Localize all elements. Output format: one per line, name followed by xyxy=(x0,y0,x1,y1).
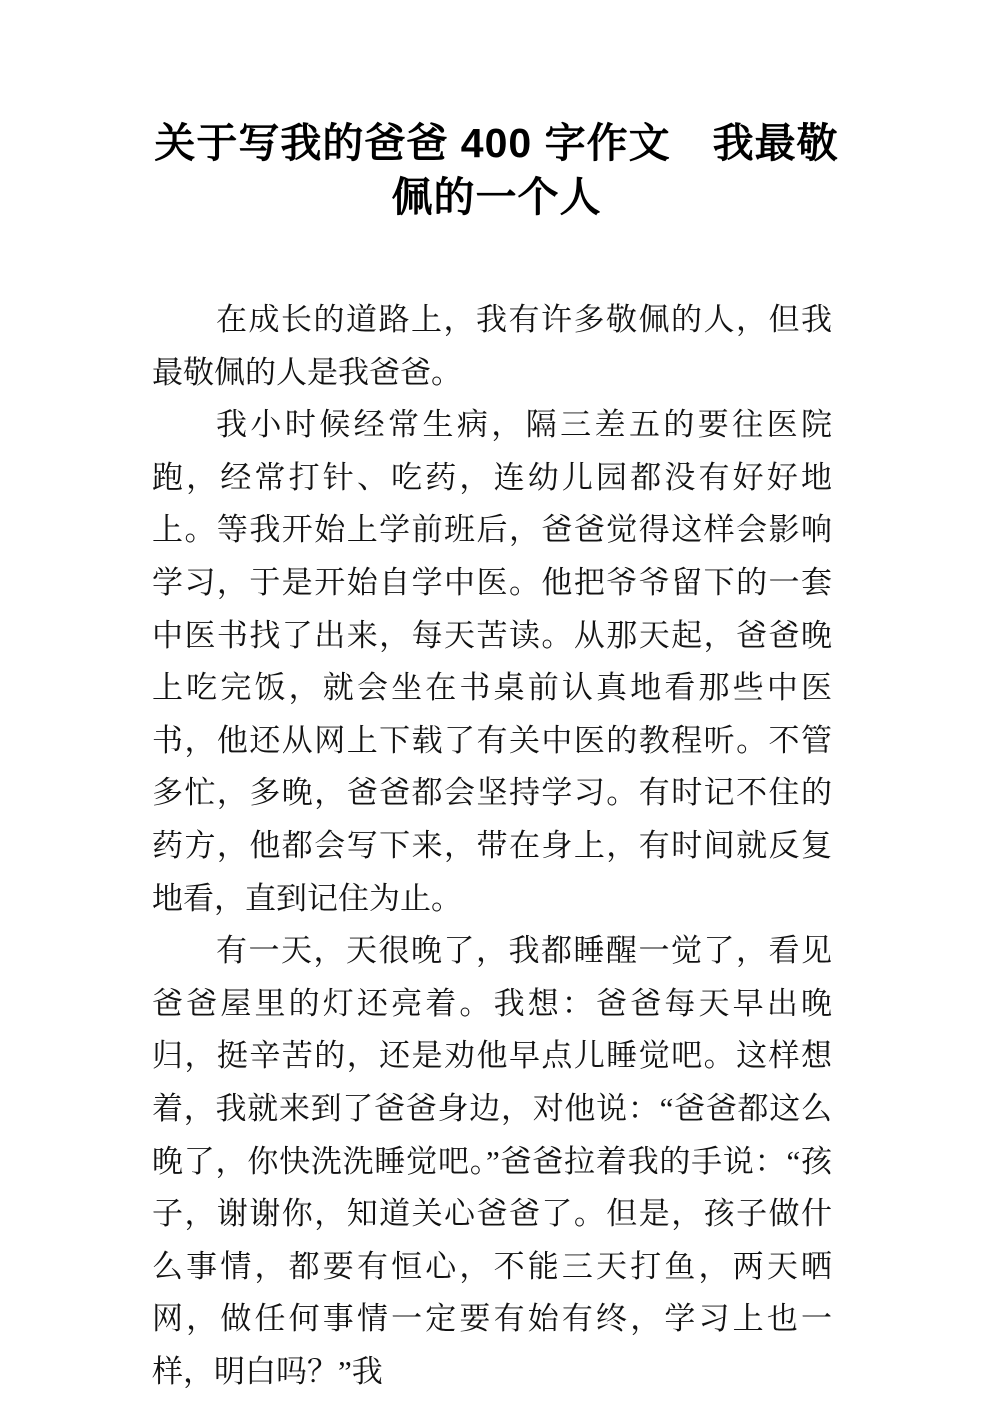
essay-title-line-1: 关于写我的爸爸 400 字作文 我最敬 xyxy=(80,116,913,170)
essay-body: 在成长的道路上，我有许多敬佩的人，但我最敬佩的人是我爸爸。 我小时候经常生病，隔… xyxy=(152,294,832,1398)
essay-title: 关于写我的爸爸 400 字作文 我最敬 佩的一个人 xyxy=(80,116,913,224)
essay-paragraph-father-studies-medicine: 我小时候经常生病，隔三差五的要往医院跑，经常打针、吃药，连幼儿园都没有好好地上。… xyxy=(152,399,832,925)
essay-paragraph-intro: 在成长的道路上，我有许多敬佩的人，但我最敬佩的人是我爸爸。 xyxy=(152,294,832,399)
document-page: 关于写我的爸爸 400 字作文 我最敬 佩的一个人 在成长的道路上，我有许多敬佩… xyxy=(0,0,993,1404)
essay-paragraph-late-night-dialogue: 有一天，天很晚了，我都睡醒一觉了，看见爸爸屋里的灯还亮着。我想：爸爸每天早出晚归… xyxy=(152,925,832,1398)
essay-title-line-2: 佩的一个人 xyxy=(80,170,913,224)
